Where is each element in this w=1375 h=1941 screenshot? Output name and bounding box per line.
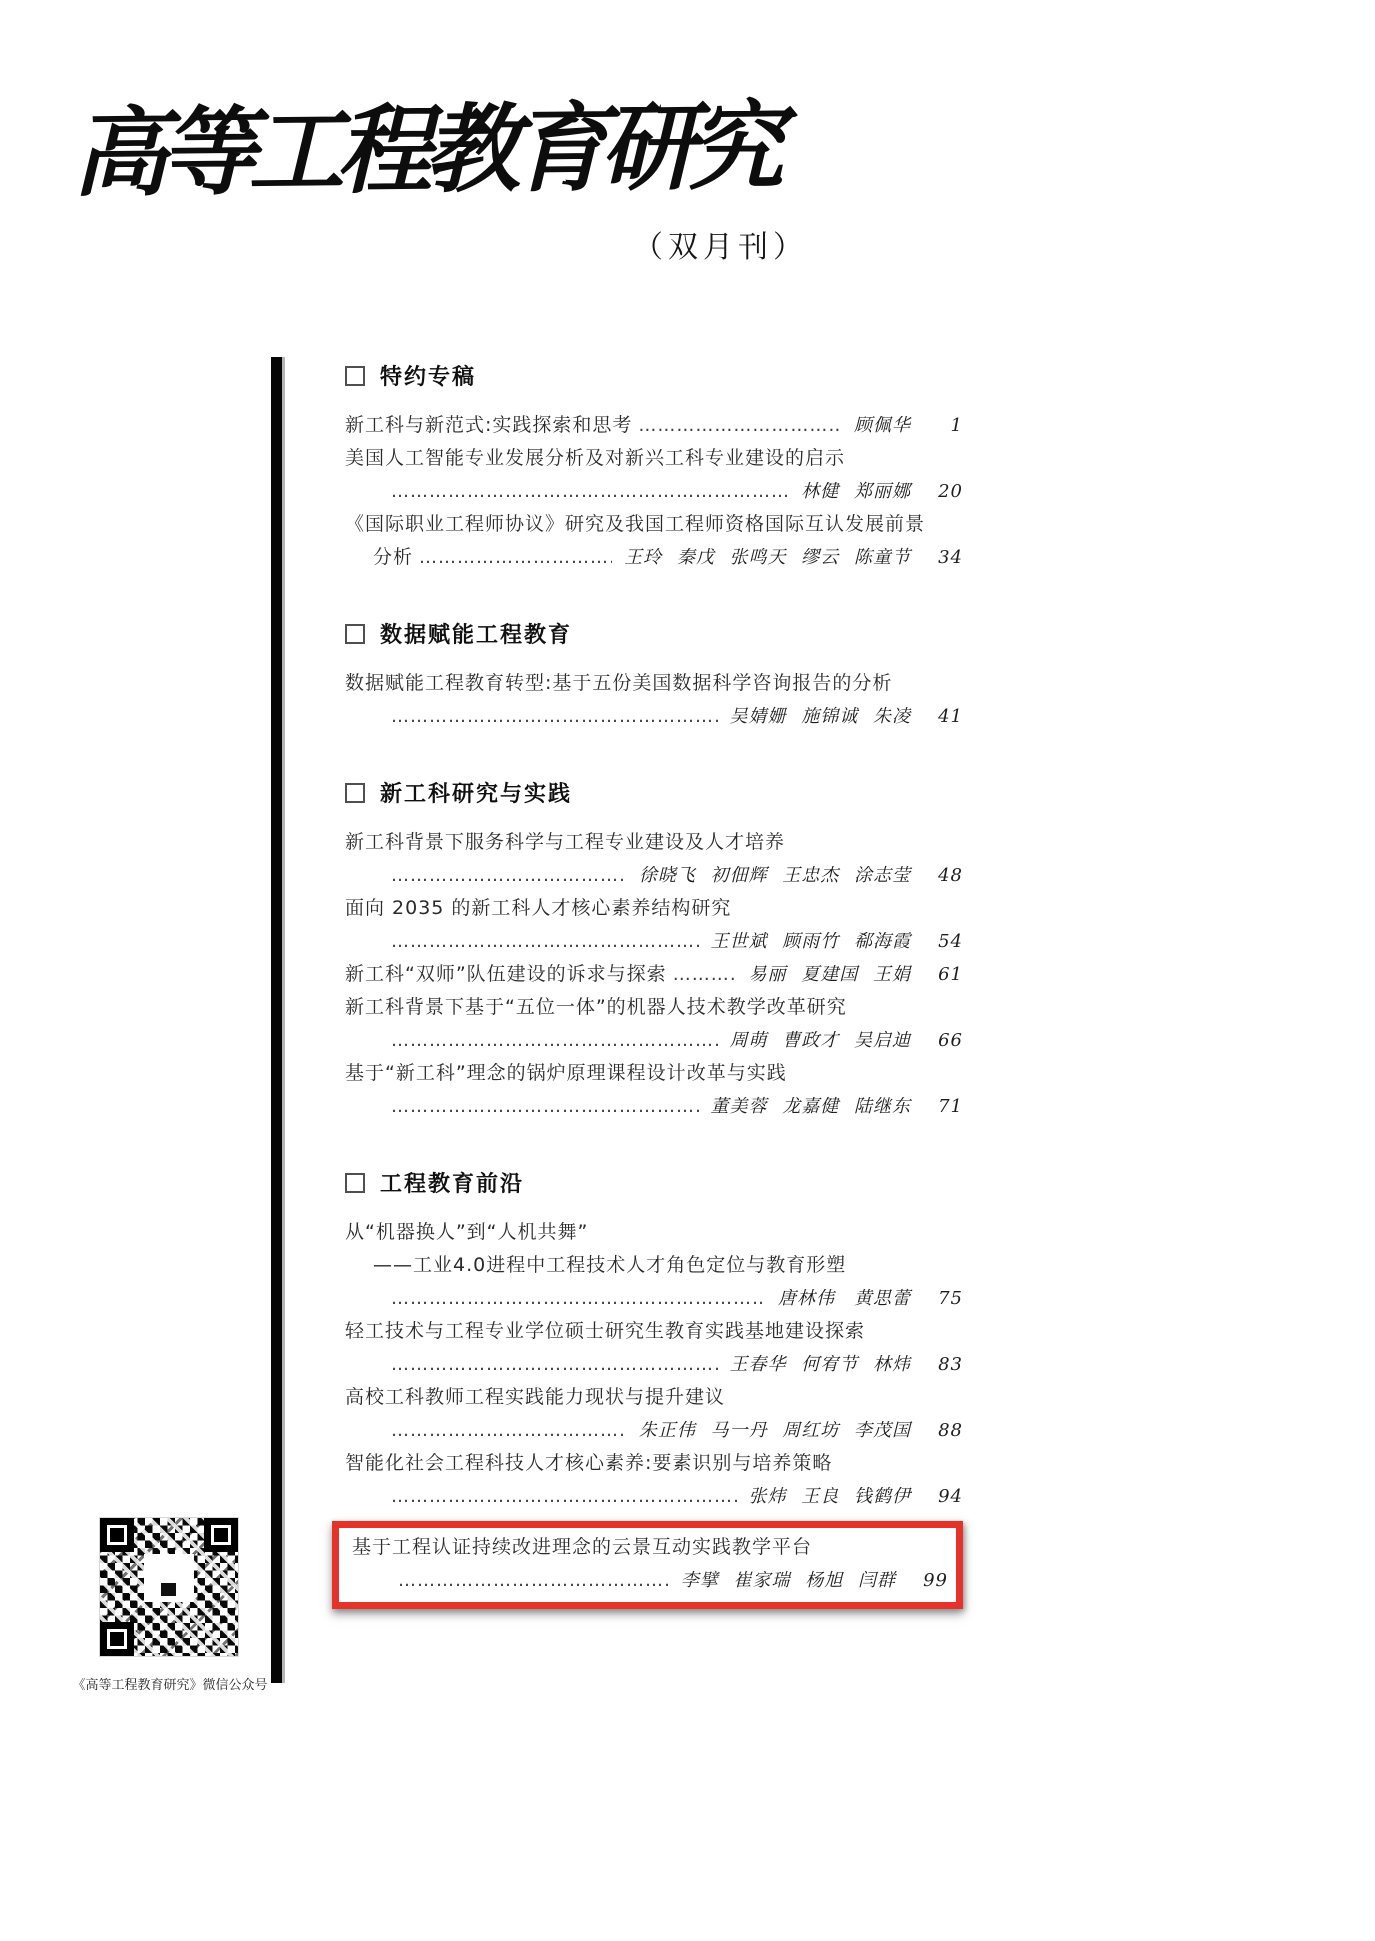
article-authors: 吴婧姗 施锦诚 朱凌 [730, 700, 911, 733]
toc-line: 周萌 曹政才 吴启迪66 [345, 1024, 963, 1057]
dot-leader [391, 925, 699, 958]
page-number: 61 [925, 958, 963, 991]
toc-line: 高校工科教师工程实践能力现状与提升建议 [345, 1381, 963, 1414]
article-authors: 王玲 秦戊 张鸣天 缪云 陈童节 [624, 541, 911, 574]
toc-line: 新工科“双师”队伍建设的诉求与探索易丽 夏建国 王娟61 [345, 958, 963, 991]
page-number: 48 [925, 859, 963, 892]
qr-finder-icon [100, 1622, 134, 1656]
article-authors: 朱正伟 马一丹 周红坊 李茂国 [639, 1414, 911, 1447]
page-number: 20 [925, 475, 963, 508]
page-number: 66 [925, 1024, 963, 1057]
page-number: 83 [925, 1348, 963, 1381]
article-authors: 董美蓉 龙嘉健 陆继东 [711, 1090, 911, 1123]
toc-line: ——工业4.0进程中工程技术人才角色定位与教育形塑 [345, 1249, 963, 1282]
section-square-icon [345, 783, 365, 803]
article-authors: 王春华 何宥节 林炜 [730, 1348, 911, 1381]
dot-leader [391, 1414, 627, 1447]
wechat-qr-code-icon [100, 1518, 238, 1656]
toc: 特约专稿新工科与新范式:实践探索和思考顾佩华1美国人工智能专业发展分析及对新兴工… [345, 350, 963, 1609]
page-number: 99 [910, 1564, 948, 1597]
dot-leader [673, 958, 737, 991]
toc-line: 轻工技术与工程专业学位硕士研究生教育实践基地建设探索 [345, 1315, 963, 1348]
section-header: 工程教育前沿 [345, 1167, 963, 1198]
dot-leader [391, 1090, 699, 1123]
dot-leader [398, 1564, 669, 1597]
toc-line: 李擘 崔家瑞 杨旭 闫群99 [352, 1564, 948, 1597]
toc-section: 特约专稿新工科与新范式:实践探索和思考顾佩华1美国人工智能专业发展分析及对新兴工… [345, 360, 963, 574]
section-label: 新工科研究与实践 [380, 777, 572, 808]
article-title: 轻工技术与工程专业学位硕士研究生教育实践基地建设探索 [345, 1315, 865, 1348]
article-authors: 张炜 王良 钱鹤伊 [749, 1480, 911, 1513]
dot-leader [391, 1282, 766, 1315]
article-title: 面向 2035 的新工科人才核心素养结构研究 [345, 892, 731, 925]
page-number: 1 [925, 409, 963, 442]
toc-line: 数据赋能工程教育转型:基于五份美国数据科学咨询报告的分析 [345, 667, 963, 700]
page-number: 71 [925, 1090, 963, 1123]
article-title: 分析 [373, 541, 413, 574]
toc-line: 基于工程认证持续改进理念的云景互动实践教学平台 [352, 1531, 948, 1564]
toc-line: 林健 郑丽娜20 [345, 475, 963, 508]
section-label: 特约专稿 [380, 360, 476, 391]
page-number: 75 [925, 1282, 963, 1315]
article-title: 新工科背景下服务科学与工程专业建设及人才培养 [345, 826, 785, 859]
article-authors: 顾佩华 [854, 409, 911, 442]
qr-center-logo [144, 1554, 194, 1602]
toc-line: 基于“新工科”理念的锅炉原理课程设计改革与实践 [345, 1057, 963, 1090]
section-square-icon [345, 624, 365, 644]
page-number: 54 [925, 925, 963, 958]
vertical-rule [271, 357, 285, 1683]
toc-line: 新工科背景下基于“五位一体”的机器人技术教学改革研究 [345, 991, 963, 1024]
page-number: 34 [925, 541, 963, 574]
toc-line: 张炜 王良 钱鹤伊94 [345, 1480, 963, 1513]
toc-line: 朱正伟 马一丹 周红坊 李茂国88 [345, 1414, 963, 1447]
article-title: 新工科背景下基于“五位一体”的机器人技术教学改革研究 [345, 991, 847, 1024]
article-title: 数据赋能工程教育转型:基于五份美国数据科学咨询报告的分析 [345, 667, 892, 700]
toc-line: 新工科背景下服务科学与工程专业建设及人才培养 [345, 826, 963, 859]
journal-frequency-label: （双月刊） [633, 222, 808, 266]
dot-leader [391, 475, 789, 508]
article-title: 美国人工智能专业发展分析及对新兴工科专业建设的启示 [345, 442, 845, 475]
section-header: 数据赋能工程教育 [345, 618, 963, 649]
article-title: 智能化社会工程科技人才核心素养:要素识别与培养策略 [345, 1447, 832, 1480]
journal-title-calligraphy: 高等工程教育研究 [71, 70, 833, 238]
section-label: 工程教育前沿 [380, 1167, 524, 1198]
toc-line: 美国人工智能专业发展分析及对新兴工科专业建设的启示 [345, 442, 963, 475]
dot-leader [391, 700, 718, 733]
article-title: 《国际职业工程师协议》研究及我国工程师资格国际互认发展前景 [345, 508, 925, 541]
toc-line: 徐晓飞 初佃辉 王忠杰 涂志莹48 [345, 859, 963, 892]
toc-line: 分析王玲 秦戊 张鸣天 缪云 陈童节34 [345, 541, 963, 574]
article-authors: 徐晓飞 初佃辉 王忠杰 涂志莹 [639, 859, 911, 892]
article-authors: 周萌 曹政才 吴启迪 [730, 1024, 911, 1057]
section-square-icon [345, 366, 365, 386]
article-authors: 易丽 夏建国 王娟 [749, 958, 911, 991]
toc-line: 面向 2035 的新工科人才核心素养结构研究 [345, 892, 963, 925]
toc-line: 从“机器换人”到“人机共舞” [345, 1216, 963, 1249]
toc-line: 《国际职业工程师协议》研究及我国工程师资格国际互认发展前景 [345, 508, 963, 541]
page-number: 41 [925, 700, 963, 733]
toc-line: 智能化社会工程科技人才核心素养:要素识别与培养策略 [345, 1447, 963, 1480]
qr-finder-icon [100, 1518, 134, 1552]
dot-leader [391, 1024, 718, 1057]
toc-section: 工程教育前沿从“机器换人”到“人机共舞”——工业4.0进程中工程技术人才角色定位… [345, 1167, 963, 1609]
highlight-box: 基于工程认证持续改进理念的云景互动实践教学平台李擘 崔家瑞 杨旭 闫群99 [332, 1521, 963, 1609]
article-authors: 李擘 崔家瑞 杨旭 闫群 [681, 1564, 896, 1597]
toc-line: 唐林伟 黄思蕾75 [345, 1282, 963, 1315]
toc-line: 吴婧姗 施锦诚 朱凌41 [345, 700, 963, 733]
article-title: 从“机器换人”到“人机共舞” [345, 1216, 588, 1249]
toc-line: 王春华 何宥节 林炜83 [345, 1348, 963, 1381]
toc-section: 新工科研究与实践新工科背景下服务科学与工程专业建设及人才培养徐晓飞 初佃辉 王忠… [345, 777, 963, 1123]
toc-line: 王世斌 顾雨竹 郗海霞54 [345, 925, 963, 958]
qr-caption: 《高等工程教育研究》微信公众号 [58, 1674, 282, 1693]
article-title: 基于工程认证持续改进理念的云景互动实践教学平台 [352, 1531, 812, 1564]
toc-line: 新工科与新范式:实践探索和思考顾佩华1 [345, 409, 963, 442]
section-square-icon [345, 1173, 365, 1193]
section-header: 特约专稿 [345, 360, 963, 391]
page-number: 88 [925, 1414, 963, 1447]
qr-finder-icon [204, 1518, 238, 1552]
page-number: 94 [925, 1480, 963, 1513]
article-title: 新工科与新范式:实践探索和思考 [345, 409, 632, 442]
dot-leader [638, 409, 842, 442]
dot-leader [419, 541, 612, 574]
toc-section: 数据赋能工程教育数据赋能工程教育转型:基于五份美国数据科学咨询报告的分析吴婧姗 … [345, 618, 963, 733]
dot-leader [391, 859, 627, 892]
article-authors: 王世斌 顾雨竹 郗海霞 [711, 925, 911, 958]
dot-leader [391, 1480, 737, 1513]
section-header: 新工科研究与实践 [345, 777, 963, 808]
article-title: ——工业4.0进程中工程技术人才角色定位与教育形塑 [373, 1249, 846, 1282]
article-authors: 林健 郑丽娜 [801, 475, 911, 508]
article-authors: 唐林伟 黄思蕾 [778, 1282, 911, 1315]
dot-leader [391, 1348, 718, 1381]
toc-line: 董美蓉 龙嘉健 陆继东71 [345, 1090, 963, 1123]
article-title: 基于“新工科”理念的锅炉原理课程设计改革与实践 [345, 1057, 787, 1090]
article-title: 高校工科教师工程实践能力现状与提升建议 [345, 1381, 725, 1414]
section-label: 数据赋能工程教育 [380, 618, 572, 649]
article-title: 新工科“双师”队伍建设的诉求与探索 [345, 958, 667, 991]
